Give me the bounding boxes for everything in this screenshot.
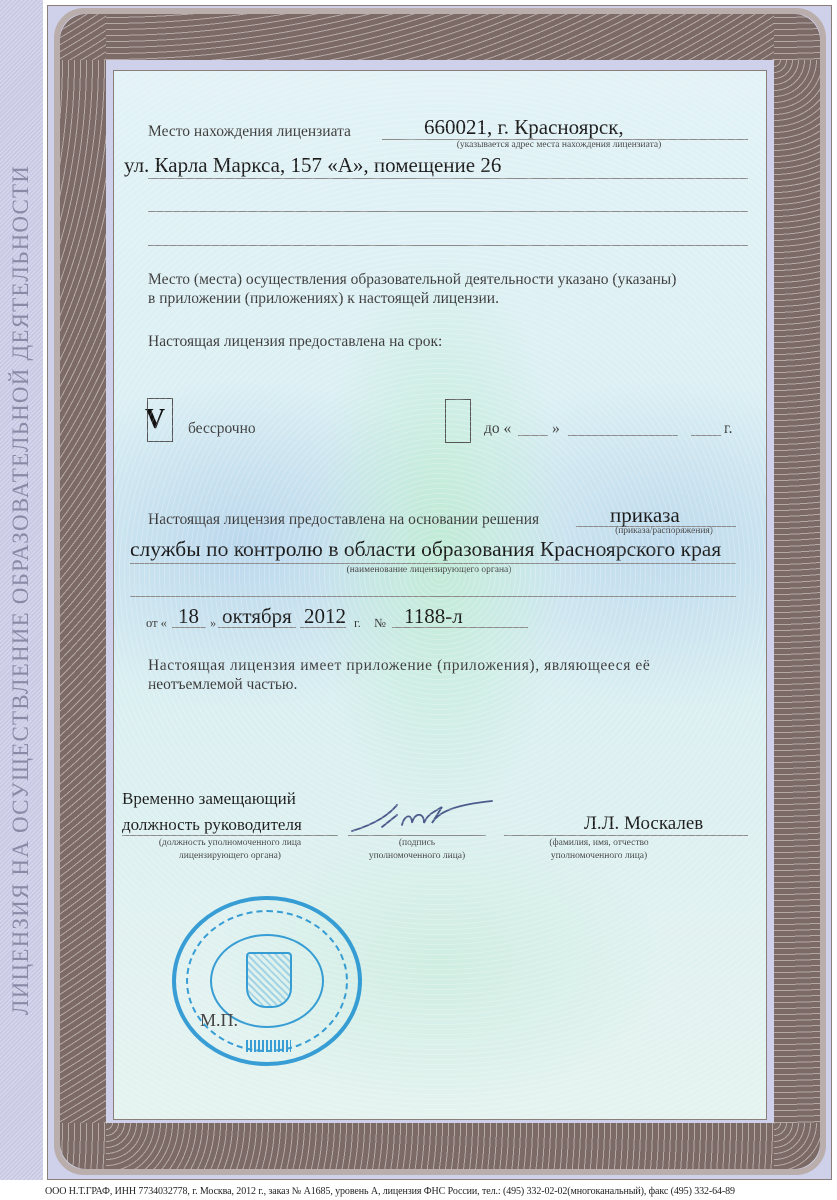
- number-line: [392, 627, 528, 628]
- appendix-line-2: неотъемлемой частью.: [148, 676, 297, 694]
- signature: [342, 795, 502, 839]
- decision-type-hint: (приказа/распоряжения): [594, 526, 734, 536]
- signatory-name: Л.Л. Москалев: [584, 813, 703, 835]
- location-value-2: ул. Карла Маркса, 157 «А», помещение 26: [124, 153, 501, 178]
- location-line-4: [148, 245, 748, 246]
- activity-place-line-2: в приложении (приложениях) к настоящей л…: [148, 290, 499, 308]
- printer-footer: ООО Н.Т.ГРАФ, ИНН 7734032778, г. Москва,…: [45, 1186, 735, 1197]
- coat-of-arms-icon: [246, 952, 292, 1008]
- signature-hint: (подпись уполномоченного лица): [348, 837, 486, 863]
- position-hint: (должность уполномоченного лица лицензир…: [122, 837, 338, 863]
- decision-type: приказа: [610, 503, 680, 528]
- day-line: [172, 627, 206, 628]
- stamp-barcode-icon: [246, 1040, 291, 1052]
- until-year-line: [691, 435, 721, 436]
- authority-hint: (наименование лицензирующего органа): [294, 565, 564, 575]
- stamp-mp-label: М.П.: [200, 1010, 238, 1031]
- name-hint: (фамилия, имя, отчество уполномоченного …: [514, 837, 684, 863]
- position-line: [122, 835, 338, 836]
- activity-place-line-1: Место (места) осуществления образователь…: [148, 271, 748, 289]
- side-title: ЛИЦЕНЗИЯ НА ОСУЩЕСТВЛЕНИЕ ОБРАЗОВАТЕЛЬНО…: [8, 165, 34, 1015]
- authority-name: службы по контролю в области образования…: [130, 537, 721, 562]
- day-close: »: [210, 616, 216, 631]
- year-line: [300, 627, 346, 628]
- term-label: Настоящая лицензия предоставлена на срок…: [148, 333, 442, 351]
- signature-hint-2: уполномоченного лица): [348, 850, 486, 863]
- official-stamp: [172, 896, 362, 1066]
- position-line-2: должность руководителя: [122, 815, 302, 835]
- location-line-2: [148, 178, 748, 179]
- location-value-1: 660021, г. Красноярск,: [424, 115, 624, 140]
- basis-label: Настоящая лицензия предоставлена на осно…: [148, 511, 539, 529]
- side-strip: ЛИЦЕНЗИЯ НА ОСУЩЕСТВЛЕНИЕ ОБРАЗОВАТЕЛЬНО…: [0, 0, 43, 1180]
- location-label: Место нахождения лицензиата: [148, 123, 351, 141]
- date-prefix: от «: [146, 616, 167, 631]
- decision-day: 18: [178, 604, 199, 629]
- until-suffix: г.: [724, 420, 732, 438]
- until-mid: »: [552, 420, 560, 438]
- position-hint-1: (должность уполномоченного лица: [122, 837, 338, 850]
- name-hint-1: (фамилия, имя, отчество: [514, 837, 684, 850]
- year-suffix: г.: [354, 616, 361, 631]
- name-hint-2: уполномоченного лица): [514, 850, 684, 863]
- authority-line-2: [130, 596, 736, 597]
- until-prefix: до «: [484, 420, 511, 438]
- signature-hint-1: (подпись: [348, 837, 486, 850]
- checkbox-until-date[interactable]: [445, 399, 471, 443]
- checkbox-indefinite[interactable]: V: [147, 398, 173, 442]
- decision-number: 1188-л: [404, 604, 463, 629]
- check-mark: V: [145, 404, 165, 436]
- location-line-3: [148, 211, 748, 212]
- indefinite-label: бессрочно: [188, 420, 256, 438]
- name-line: [504, 835, 748, 836]
- position-hint-2: лицензирующего органа): [122, 850, 338, 863]
- until-month-line: [568, 435, 678, 436]
- location-hint: (указывается адрес места нахождения лице…: [424, 140, 694, 150]
- authority-line: [130, 563, 736, 564]
- signature-line: [348, 835, 486, 836]
- position-line-1: Временно замещающий: [122, 789, 296, 809]
- until-day-line: [518, 435, 548, 436]
- number-label: №: [374, 616, 386, 631]
- decision-month: октября: [222, 604, 292, 629]
- appendix-line-1: Настоящая лицензия имеет приложение (при…: [148, 657, 748, 675]
- month-line: [218, 627, 296, 628]
- decision-year: 2012: [304, 604, 346, 629]
